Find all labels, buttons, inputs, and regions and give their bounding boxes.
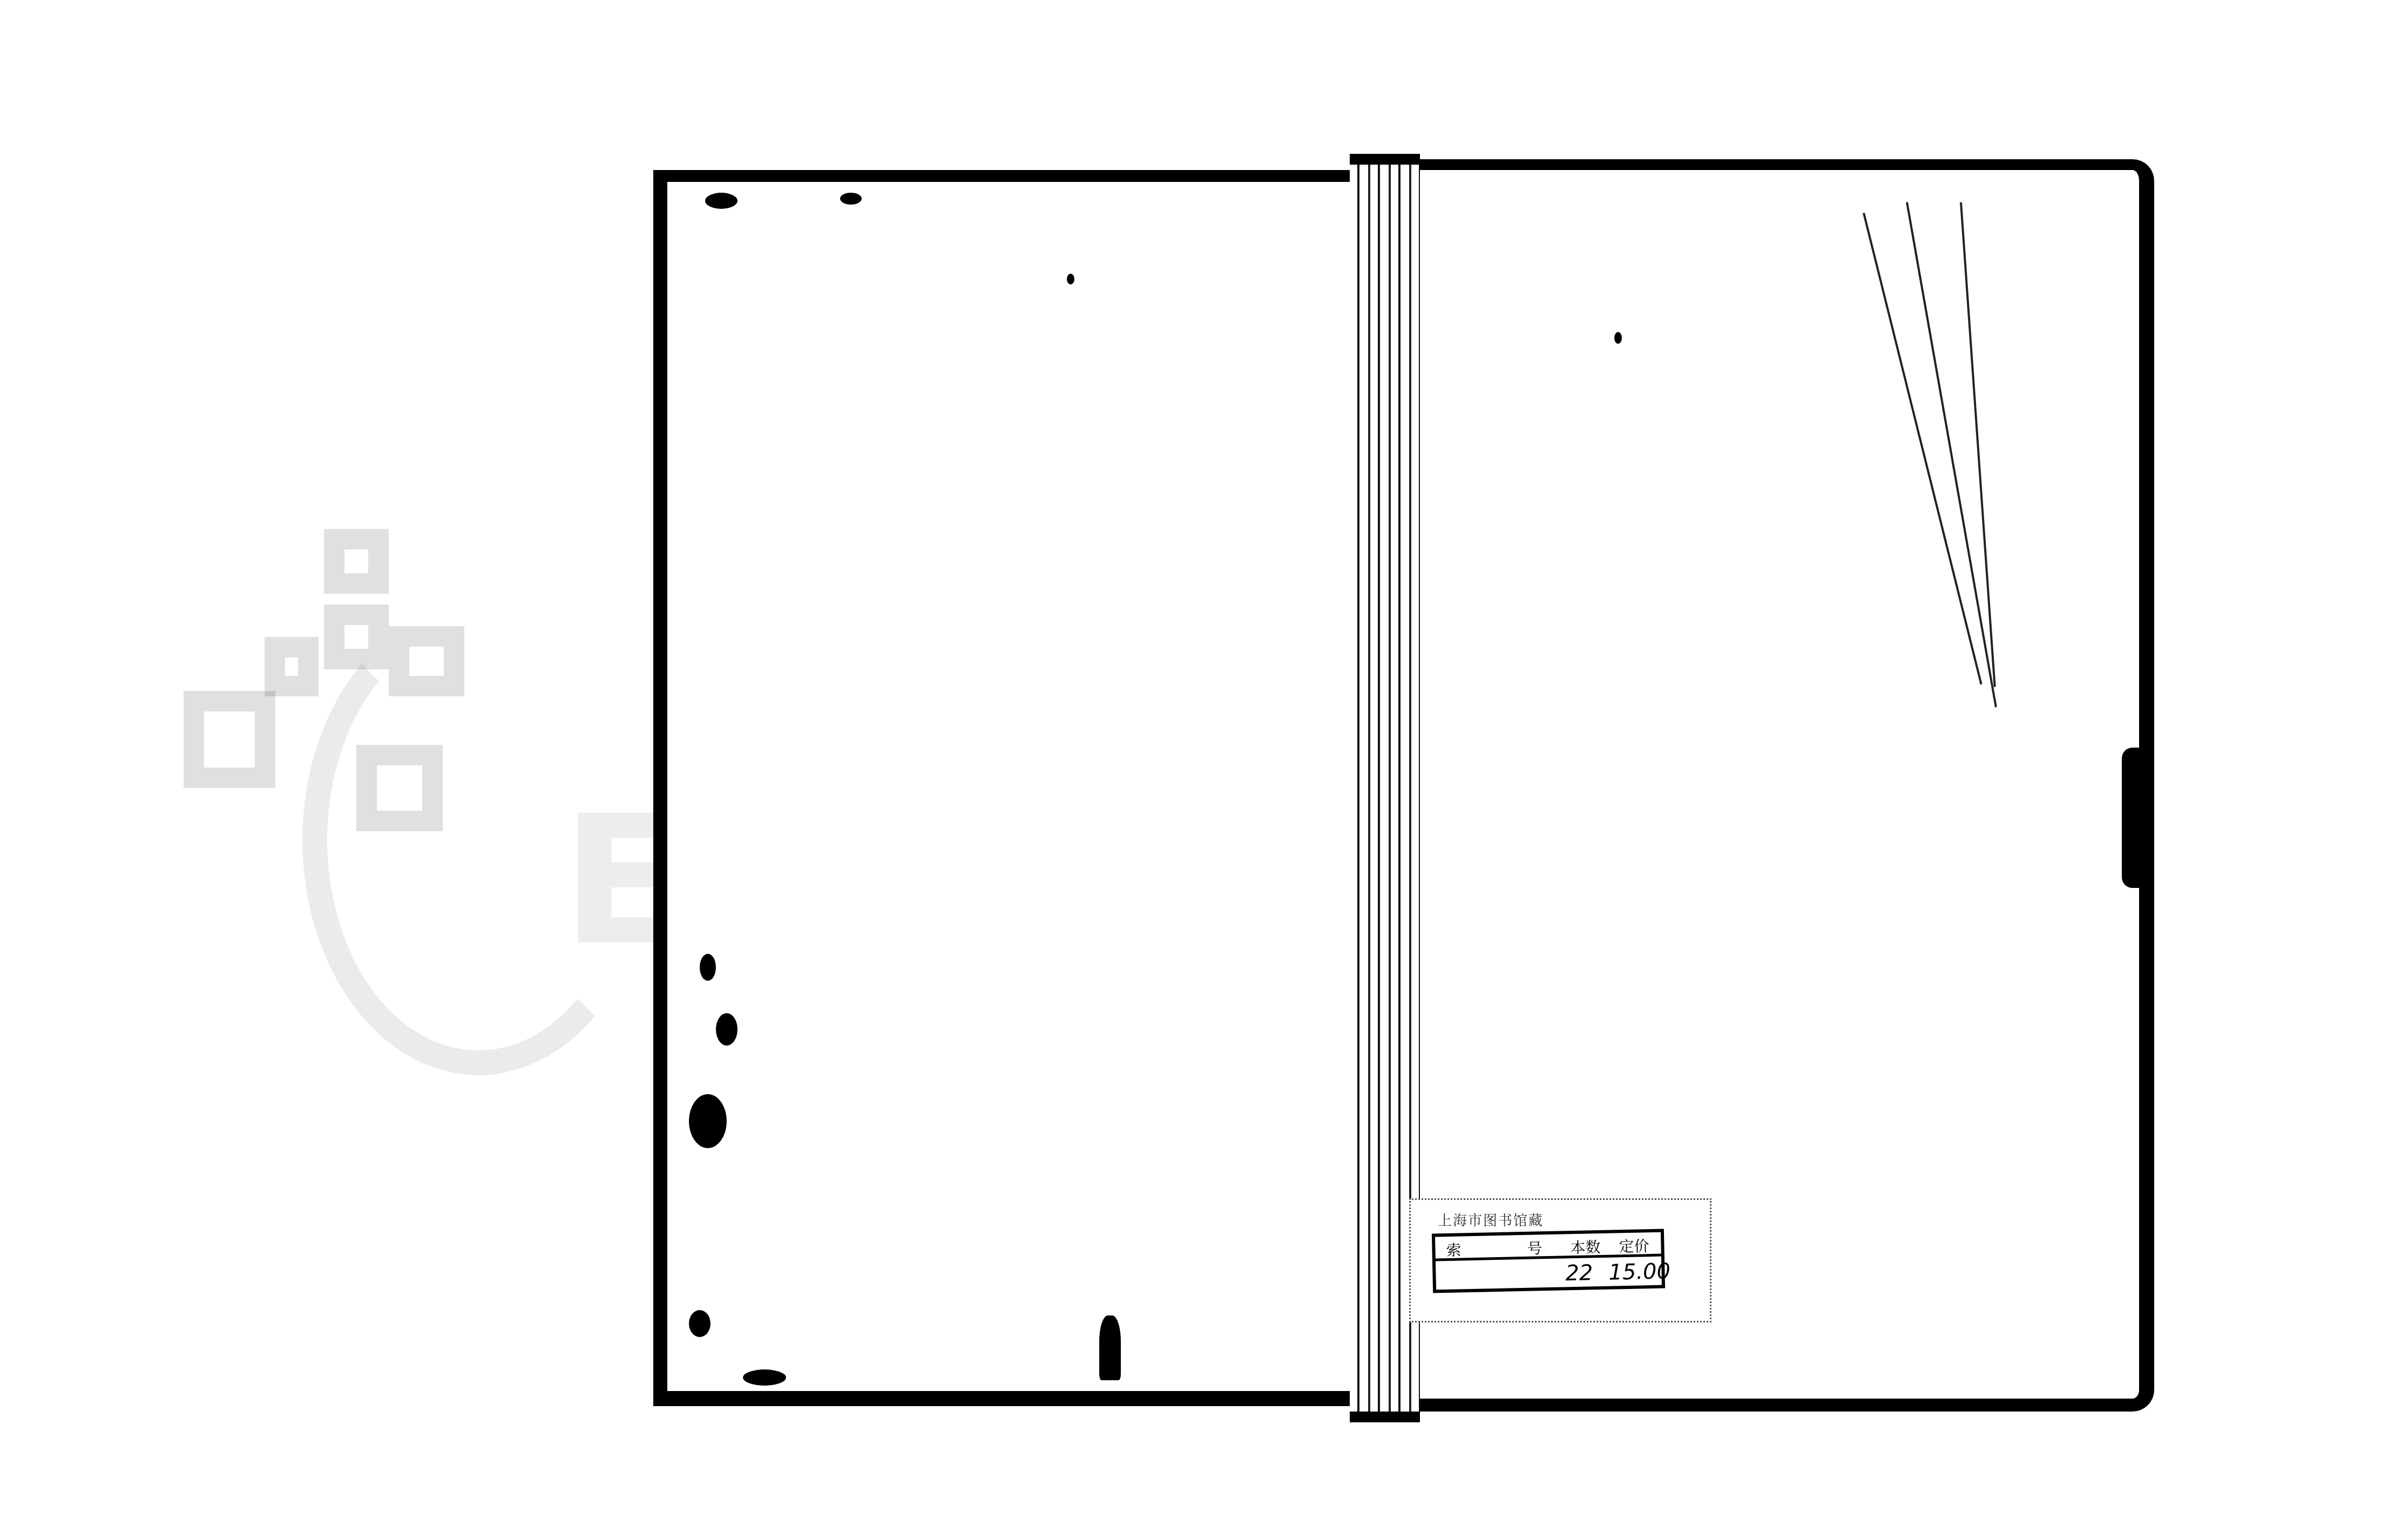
call-number-field-label: 索 [1446, 1238, 1462, 1260]
stain [743, 1369, 786, 1386]
right-cover: 上海市图书馆藏 索 号 本数 定价 22 15.00 [1420, 159, 2154, 1412]
stain [2122, 748, 2154, 888]
crease-line [1906, 202, 1997, 707]
label-table: 索 号 本数 定价 22 15.00 [1432, 1229, 1665, 1293]
label-library-name: 上海市图书馆藏 [1438, 1210, 1544, 1230]
stain [705, 193, 738, 209]
stain [716, 1013, 738, 1046]
stain [1067, 274, 1074, 284]
open-book: 上海市图书馆藏 索 号 本数 定价 22 15.00 [653, 154, 2154, 1422]
stain [1099, 1315, 1121, 1380]
crease-line [1863, 213, 1983, 684]
volumes-value: 22 [1565, 1260, 1593, 1286]
left-cover-page [678, 193, 1339, 1380]
stain [840, 193, 862, 205]
stain [700, 954, 716, 981]
stain [689, 1310, 711, 1337]
price-field-label: 定价 [1619, 1234, 1649, 1257]
stain [689, 1094, 727, 1148]
stain [1614, 332, 1622, 344]
label-header-row: 索 号 本数 定价 [1435, 1232, 1661, 1261]
crease-line [1960, 202, 1996, 687]
number-field-label: 号 [1527, 1237, 1542, 1259]
left-cover [653, 170, 1350, 1406]
price-value: 15.00 [1608, 1259, 1670, 1285]
volumes-field-label: 本数 [1570, 1236, 1601, 1258]
library-catalog-label: 上海市图书馆藏 索 号 本数 定价 22 15.00 [1409, 1198, 1711, 1322]
